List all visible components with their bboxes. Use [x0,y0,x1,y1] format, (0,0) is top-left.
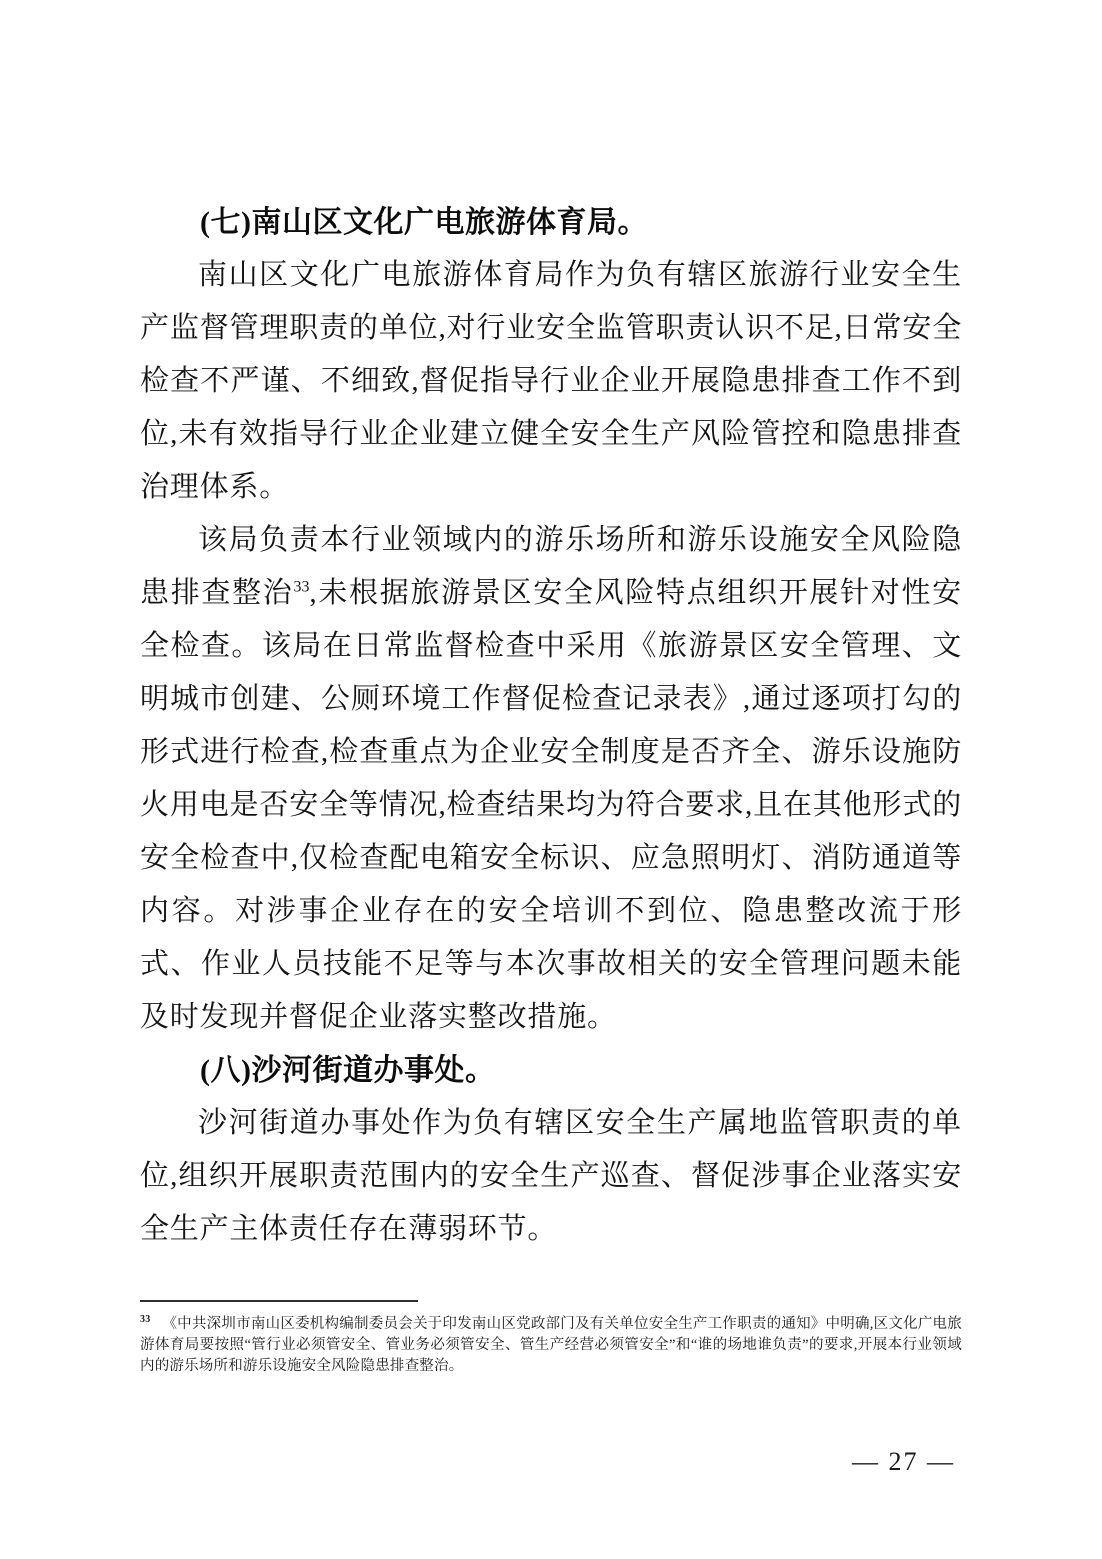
footnote-reference-33: 33 [293,578,309,595]
paragraph-text-after-footnote-ref: ,未根据旅游景区安全风险特点组织开展针对性安全检查。该局在日常监督检查中采用《旅… [140,577,962,1033]
footnote-text: 《中共深圳市南山区委机构编制委员会关于印发南山区党政部门及有关单位安全生产工作职… [140,1316,962,1374]
footnote-marker-33: 33 [140,1314,150,1325]
footnote-separator-line [140,1300,418,1302]
section-heading-8: (八)沙河街道办事处。 [140,1044,962,1097]
footnote-33: 33《中共深圳市南山区委机构编制委员会关于印发南山区党政部门及有关单位安全生产工… [140,1314,962,1377]
document-body: (七)南山区文化广电旅游体育局。 南山区文化广电旅游体育局作为负有辖区旅游行业安… [140,196,962,1256]
paragraph-section8-intro: 沙河街道办事处作为负有辖区安全生产属地监管职责的单位,组织开展职责范围内的安全生… [140,1097,962,1256]
paragraph-section7-intro: 南山区文化广电旅游体育局作为负有辖区旅游行业安全生产监督管理职责的单位,对行业安… [140,249,962,514]
page-number: — 27 — [852,1447,955,1477]
document-page: (七)南山区文化广电旅游体育局。 南山区文化广电旅游体育局作为负有辖区旅游行业安… [0,0,1102,1559]
footnote-area: 33《中共深圳市南山区委机构编制委员会关于印发南山区党政部门及有关单位安全生产工… [140,1300,962,1377]
paragraph-section7-findings: 该局负责本行业领域内的游乐场所和游乐设施安全风险隐患排查整治33,未根据旅游景区… [140,514,962,1044]
section-heading-7: (七)南山区文化广电旅游体育局。 [140,196,962,249]
